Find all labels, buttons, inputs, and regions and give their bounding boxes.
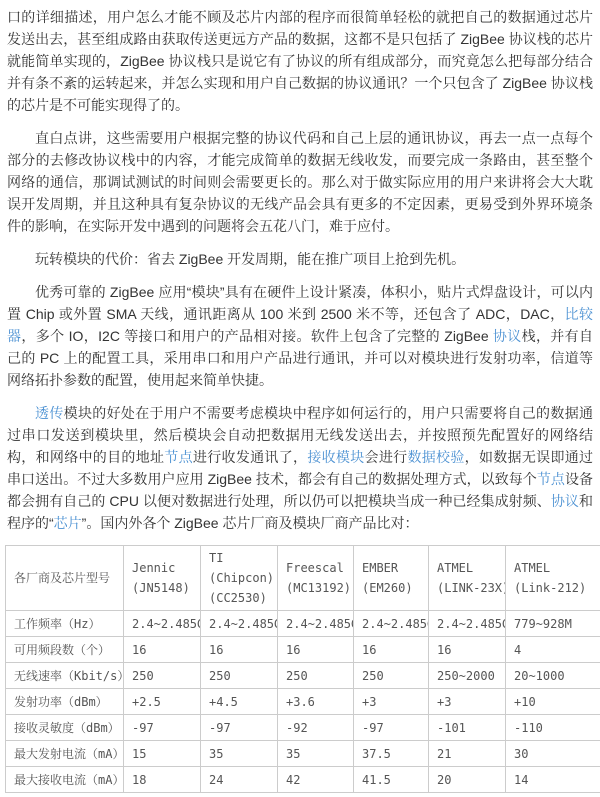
table-cell: 4 (506, 637, 600, 663)
table-row: 接收灵敏度（dBm）-97-97-92-97-101-110 (6, 715, 600, 741)
text-run: 玩转模块的代价：省去 ZigBee 开发周期，能在推广项目上抢到先机。 (35, 251, 465, 267)
table-header-vendor: Jennic(JN5148) (124, 546, 201, 611)
table-header-vendor: Freescal(MC13192) (278, 546, 354, 611)
table-cell: -97 (354, 715, 429, 741)
inline-link[interactable]: 协议 (493, 328, 522, 344)
table-cell: +3 (354, 689, 429, 715)
header-line: (JN5148) (132, 578, 192, 598)
table-header-vendor: EMBER(EM260) (354, 546, 429, 611)
header-line: (CC2530) (209, 588, 269, 608)
inline-link[interactable]: 接收模块 (307, 449, 364, 465)
header-line: (Link-212) (514, 578, 600, 598)
table-cell: 16 (201, 637, 278, 663)
inline-link[interactable]: 芯片 (54, 515, 82, 531)
table-cell: 779~928M (506, 611, 600, 637)
table-cell: 42 (278, 767, 354, 793)
header-line: Freescal (286, 558, 345, 578)
header-line: EMBER (362, 558, 420, 578)
header-line: ATMEL (437, 558, 497, 578)
header-line: ATMEL (514, 558, 600, 578)
text-run: 会进行 (365, 449, 408, 465)
document-page: 口的详细描述，用户怎么才能不顾及芯片内部的程序而很简单轻松的就把自己的数据通过芯… (0, 0, 600, 793)
inline-link[interactable]: 协议 (551, 493, 579, 509)
text-run: ”。国内外各个 ZigBee 芯片厂商及模块厂商产品比对： (82, 515, 419, 531)
table-row: 最大发射电流（mA）15353537.52130 (6, 741, 600, 767)
text-run: 进行收发通讯了， (193, 449, 307, 465)
table-row: 最大接收电流（mA）18244241.52014 (6, 767, 600, 793)
paragraph: 透传模块的好处在于用户不需要考虑模块中程序如何运行的，用户只需要将自己的数据通过… (7, 402, 593, 534)
row-label: 最大发射电流（mA） (6, 741, 124, 767)
table-cell: -101 (429, 715, 506, 741)
paragraph: 口的详细描述，用户怎么才能不顾及芯片内部的程序而很简单轻松的就把自己的数据通过芯… (7, 6, 593, 116)
table-cell: 250 (124, 663, 201, 689)
table-cell: 35 (278, 741, 354, 767)
paragraph: 玩转模块的代价：省去 ZigBee 开发周期，能在推广项目上抢到先机。 (7, 248, 593, 270)
row-label: 无线速率（Kbit/s） (6, 663, 124, 689)
table-cell: 2.4~2.485G (354, 611, 429, 637)
table-header-row: 各厂商及芯片型号Jennic(JN5148)TI(Chipcon)(CC2530… (6, 546, 600, 611)
header-line: 各厂商及芯片型号 (14, 568, 115, 588)
table-cell: 18 (124, 767, 201, 793)
table-cell: +2.5 (124, 689, 201, 715)
row-label: 最大接收电流（mA） (6, 767, 124, 793)
table-cell: 14 (506, 767, 600, 793)
article-body: 口的详细描述，用户怎么才能不顾及芯片内部的程序而很简单轻松的就把自己的数据通过芯… (7, 6, 593, 534)
text-run: 口的详细描述，用户怎么才能不顾及芯片内部的程序而很简单轻松的就把自己的数据通过芯… (7, 9, 593, 113)
table-cell: 16 (429, 637, 506, 663)
row-label: 可用频段数（个） (6, 637, 124, 663)
table-row: 可用频段数（个）16161616164 (6, 637, 600, 663)
table-cell: 250 (201, 663, 278, 689)
table-cell: 35 (201, 741, 278, 767)
table-cell: +3.6 (278, 689, 354, 715)
text-run: 直白点讲，这些需要用户根据完整的协议代码和自己上层的通讯协议，再去一点一点每个部… (7, 130, 593, 234)
inline-link[interactable]: 节点 (164, 449, 193, 465)
header-line: Jennic (132, 558, 192, 578)
text-run: ，多个 IO，I2C 等接口和用户的产品相对接。软件上包含了完整的 ZigBee (21, 328, 493, 344)
header-line: TI (209, 548, 269, 568)
table-row: 无线速率（Kbit/s）250250250250250~200020~1000 (6, 663, 600, 689)
table-header-vendor: TI(Chipcon)(CC2530) (201, 546, 278, 611)
table-cell: 2.4~2.485G (201, 611, 278, 637)
table-cell: 37.5 (354, 741, 429, 767)
text-run: 优秀可靠的 ZigBee 应用“模块”具有在硬件上设计紧凑，体积小，贴片式焊盘设… (7, 284, 593, 322)
paragraph: 直白点讲，这些需要用户根据完整的协议代码和自己上层的通讯协议，再去一点一点每个部… (7, 127, 593, 237)
table-cell: 250 (354, 663, 429, 689)
table-cell: 16 (124, 637, 201, 663)
table-row: 工作频率（Hz）2.4~2.485G2.4~2.485G2.4~2.485G2.… (6, 611, 600, 637)
table-cell: 21 (429, 741, 506, 767)
table-cell: 2.4~2.485G (278, 611, 354, 637)
table-cell: 30 (506, 741, 600, 767)
table-header-vendor: ATMEL(Link-212) (506, 546, 600, 611)
table-cell: 15 (124, 741, 201, 767)
table-body: 工作频率（Hz）2.4~2.485G2.4~2.485G2.4~2.485G2.… (6, 611, 600, 793)
table-cell: 20~1000 (506, 663, 600, 689)
header-line: (Chipcon) (209, 568, 269, 588)
inline-link[interactable]: 透传 (35, 405, 64, 421)
table-cell: +3 (429, 689, 506, 715)
header-line: (MC13192) (286, 578, 345, 598)
table-cell: 20 (429, 767, 506, 793)
row-label: 工作频率（Hz） (6, 611, 124, 637)
table-cell: 2.4~2.485G (429, 611, 506, 637)
table-cell: -97 (201, 715, 278, 741)
table-cell: -110 (506, 715, 600, 741)
table-cell: 250~2000 (429, 663, 506, 689)
table-cell: -92 (278, 715, 354, 741)
table-cell: 16 (278, 637, 354, 663)
table-header-label: 各厂商及芯片型号 (6, 546, 124, 611)
header-line: (LINK-23X) (437, 578, 497, 598)
table-cell: +10 (506, 689, 600, 715)
table-row: 发射功率（dBm）+2.5+4.5+3.6+3+3+10 (6, 689, 600, 715)
zigbee-comparison-table: 各厂商及芯片型号Jennic(JN5148)TI(Chipcon)(CC2530… (5, 545, 600, 793)
row-label: 接收灵敏度（dBm） (6, 715, 124, 741)
table-cell: +4.5 (201, 689, 278, 715)
table-cell: 2.4~2.485G (124, 611, 201, 637)
comparison-table-wrapper: 各厂商及芯片型号Jennic(JN5148)TI(Chipcon)(CC2530… (5, 545, 600, 793)
row-label: 发射功率（dBm） (6, 689, 124, 715)
table-cell: 250 (278, 663, 354, 689)
table-cell: 16 (354, 637, 429, 663)
inline-link[interactable]: 节点 (537, 471, 565, 487)
table-cell: -97 (124, 715, 201, 741)
paragraph: 优秀可靠的 ZigBee 应用“模块”具有在硬件上设计紧凑，体积小，贴片式焊盘设… (7, 281, 593, 391)
header-line: (EM260) (362, 578, 420, 598)
table-header-vendor: ATMEL(LINK-23X) (429, 546, 506, 611)
table-cell: 24 (201, 767, 278, 793)
table-cell: 41.5 (354, 767, 429, 793)
inline-link[interactable]: 数据校验 (407, 449, 464, 465)
